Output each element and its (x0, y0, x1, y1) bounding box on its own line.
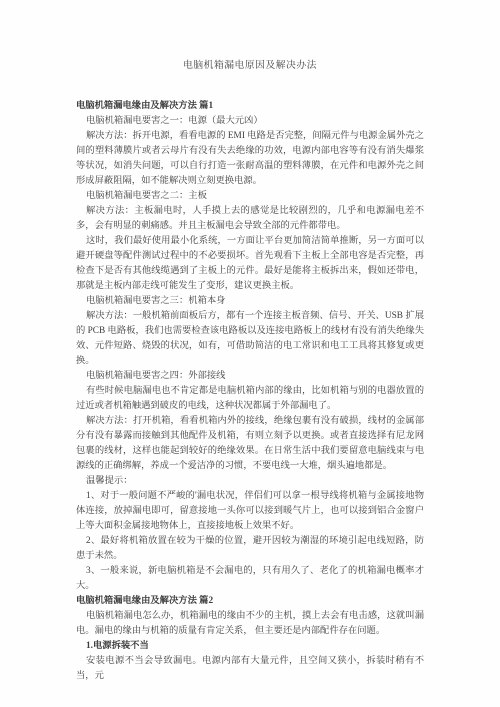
tip-item-2: 2、最好将机箱放置在较为干燥的位置，避开因较为潮湿的环境引起电线短路，防患于未然… (76, 534, 424, 564)
paragraph: 有些时候电脑漏电也不肯定都是电脑机箱内部的缘由，比如机箱与别的电器放置的过近或者… (76, 384, 424, 414)
paragraph: 解决方法：拆开电源，看看电源的 EMI 电路是否完整，间隔元件与电源金属外壳之间… (76, 129, 424, 189)
paragraph: 解决方法：主板漏电时，人手摸上去的感觉是比较剧烈的，几乎和电源漏电差不多，会有明… (76, 204, 424, 234)
paragraph: 解决方法：一般机箱前面板后方，都有一个连接主板音频、信号、开关、USB 扩展的 … (76, 309, 424, 369)
paragraph: 解决方法：打开机箱，看看机箱内外的接线，绝缘包裹有没有破损，线材的金属部分有没有… (76, 414, 424, 474)
paragraph: 安装电源不当会导致漏电。电源内部有大量元件，且空间又狭小，拆装时稍有不当，元 (76, 654, 424, 684)
subheading-external-wiring: 电脑机箱漏电要害之四：外部接线 (76, 369, 424, 384)
document-page: 电脑机箱漏电原因及解决办法 电脑机箱漏电缘由及解决方法 篇1 电脑机箱漏电要害之… (0, 0, 500, 707)
document-body: 电脑机箱漏电缘由及解决方法 篇1 电脑机箱漏电要害之一：电源（最大元凶） 解决方… (76, 99, 424, 684)
document-title: 电脑机箱漏电原因及解决办法 (0, 58, 500, 73)
section-1-heading: 电脑机箱漏电缘由及解决方法 篇1 (76, 99, 424, 114)
subheading-mainboard: 电脑机箱漏电要害之二：主板 (76, 189, 424, 204)
paragraph: 电脑机箱漏电怎么办，机箱漏电的缘由不少的主机，摸上去会有电击感，这就叫漏电。漏电… (76, 609, 424, 639)
subheading-case: 电脑机箱漏电要害之三：机箱本身 (76, 294, 424, 309)
paragraph: 这时，我们最好使用最小化系统，一方面让平台更加简洁简单推断，另一方面可以避开硬盘… (76, 234, 424, 294)
tips-heading: 温馨提示： (76, 474, 424, 489)
tip-item-3: 3、一般来说，新电脑机箱是不会漏电的，只有用久了、老化了的机箱漏电概率才大。 (76, 564, 424, 594)
section-2-heading: 电脑机箱漏电缘由及解决方法 篇2 (76, 594, 424, 609)
subheading-psu-installation: 1.电源拆装不当 (76, 639, 424, 654)
tip-item-1: 1、对于一般问题不严峻的'漏电状况，伴侣们可以拿一根导线将机箱与金属接地物体连接… (76, 489, 424, 534)
subheading-power: 电脑机箱漏电要害之一：电源（最大元凶） (76, 114, 424, 129)
